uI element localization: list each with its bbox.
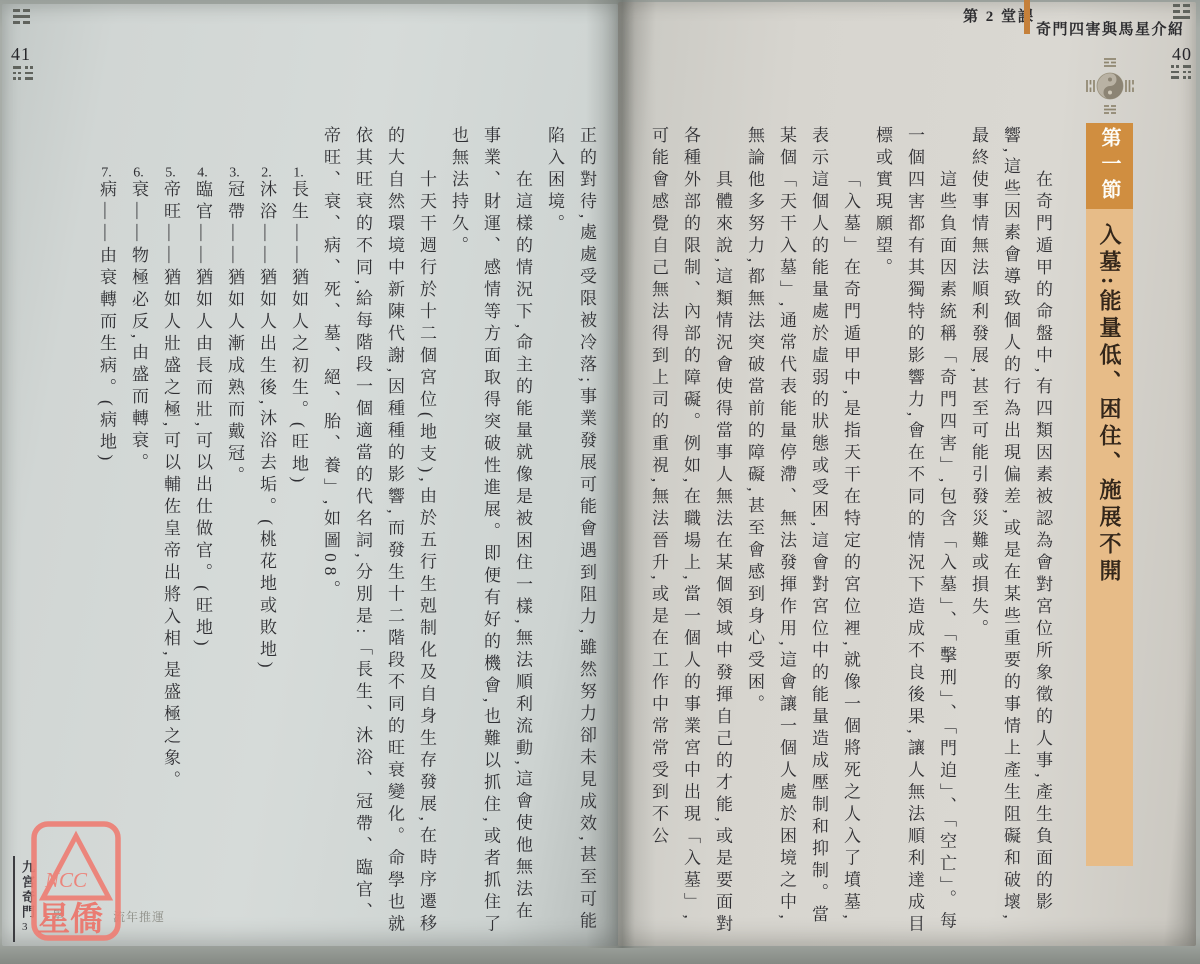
- list-item: 5.帝旺——猶如人壯盛之極,可以輔佐皇帝出將入相,是盛極之象。: [154, 126, 186, 940]
- bagua-icon: [1084, 56, 1136, 116]
- paragraph: 在這樣的情況下,命主的能量就像是被困住一樣,無法順利流動,這會使他無法在事業、財…: [442, 126, 538, 940]
- list-item-text: 衰——物極必反,由盛而轉衰。: [129, 180, 148, 475]
- section-bar: 第一節 入墓:能量低、困住、施展不開: [1086, 123, 1133, 866]
- list-item-text: 冠帶——猶如人漸成熟而戴冠。: [225, 180, 244, 488]
- paragraph: 「入墓」在奇門遁甲中,是指天干在特定的宮位裡,就像一個將死之人入了墳墓,表示這個…: [738, 126, 866, 940]
- stage-list: 1.長生——猶如人之初生。(旺地)2.沐浴——猶如人出生後,沐浴去垢。(桃花地或…: [90, 126, 314, 940]
- hexagram-marks-icon: [13, 9, 30, 24]
- list-item: 1.長生——猶如人之初生。(旺地): [282, 126, 314, 940]
- list-item-text: 沐浴——猶如人出生後,沐浴去垢。(桃花地或敗地): [257, 180, 276, 673]
- stamp-ncc-text: NCC: [44, 868, 88, 892]
- list-item-text: 長生——猶如人之初生。(旺地): [289, 180, 308, 487]
- paragraph: 在奇門遁甲的命盤中,有四類因素被認為會對宮位所象徵的人事,產生負面的影響,這些因…: [962, 126, 1058, 940]
- body-text-right: 在奇門遁甲的命盤中,有四類因素被認為會對宮位所象徵的人事,產生負面的影響,這些因…: [642, 126, 1058, 940]
- body-text-left: 正的對待,處處受限被冷落;事業發展可能會遇到阻力,雖然努力卻未見成效,甚至可能陷…: [90, 126, 602, 940]
- list-item-number: 2.: [259, 166, 274, 180]
- list-item-text: 病——由衰轉而生病。(病地): [97, 180, 116, 465]
- list-item: 6.衰——物極必反,由盛而轉衰。: [122, 126, 154, 940]
- list-item-number: 3.: [227, 166, 242, 180]
- list-item-number: 4.: [195, 166, 210, 180]
- list-item-number: 5.: [163, 166, 178, 180]
- section-number-badge: 第一節: [1086, 123, 1133, 209]
- section-label: 第一節: [1095, 127, 1124, 205]
- section-title: 入墓:能量低、困住、施展不開: [1086, 223, 1133, 853]
- page-number-left: 41: [11, 44, 31, 65]
- paragraph: 正的對待,處處受限被冷落;事業發展可能會遇到阻力,雖然努力卻未見成效,甚至可能陷…: [538, 126, 602, 940]
- hexagram-marks-icon: [13, 66, 33, 80]
- paragraph-block: 在奇門遁甲的命盤中,有四類因素被認為會對宮位所象徵的人事,產生負面的影響,這些因…: [642, 126, 1058, 940]
- paragraph: 具體來說,這類情況會使得當事人無法在某個領域中發揮自己的才能,或是要面對各種外部…: [642, 126, 738, 940]
- list-item-text: 臨官——猶如人由長而壯,可以出仕做官。(旺地): [193, 180, 212, 651]
- page-number-right: 40: [1172, 44, 1192, 65]
- header-ribbon: [1024, 0, 1030, 34]
- list-item-number: 1.: [291, 166, 306, 180]
- list-item: 7.病——由衰轉而生病。(病地): [90, 126, 122, 940]
- paragraph-block: 正的對待,處處受限被冷落;事業發展可能會遇到阻力,雖然努力卻未見成效,甚至可能陷…: [314, 126, 602, 940]
- list-item-number: 6.: [131, 166, 146, 180]
- list-item: 4.臨官——猶如人由長而壯,可以出仕做官。(旺地): [186, 126, 218, 940]
- paragraph: 這些負面因素統稱「奇門四害」,包含「入墓」、「擊刑」、「門迫」、「空亡」。每一個…: [866, 126, 962, 940]
- paragraph: 十天干週行於十二個宮位(地支),由於五行生剋制化及自身生存發展,在時序遷移的大自…: [314, 126, 442, 940]
- book-scan: 41 40 第 2 堂課 奇門四害與馬星介紹 第一節 入墓:能量低、困住、施展不…: [0, 0, 1200, 964]
- list-item-number: 7.: [99, 166, 114, 180]
- spine-rule: [13, 856, 15, 942]
- hexagram-marks-icon: [1171, 65, 1191, 79]
- list-item: 2.沐浴——猶如人出生後,沐浴去垢。(桃花地或敗地): [250, 126, 282, 940]
- header-chapter-title: 奇門四害與馬星介紹: [1036, 18, 1185, 39]
- list-item: 3.冠帶——猶如人漸成熟而戴冠。: [218, 126, 250, 940]
- hexagram-marks-icon: [1173, 4, 1190, 19]
- list-item-text: 帝旺——猶如人壯盛之極,可以輔佐皇帝出將入相,是盛極之象。: [161, 180, 180, 793]
- spine-volume: 3: [22, 921, 28, 933]
